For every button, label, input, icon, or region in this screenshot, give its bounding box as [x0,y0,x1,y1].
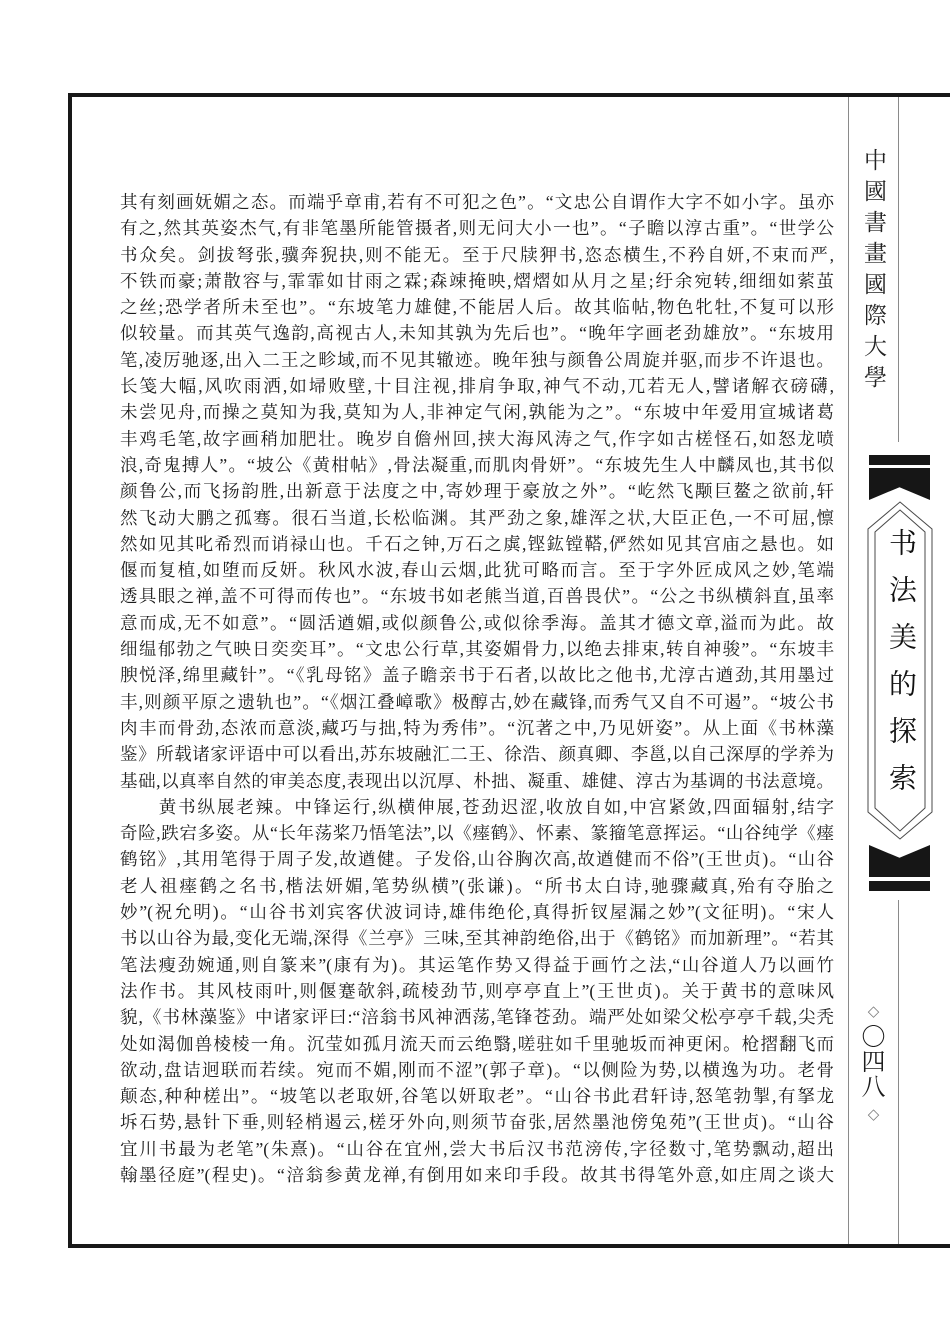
text-line: 妙”(祝允明)。“山谷书刘宾客伏波词诗,雄伟绝伦,真得折钗屋漏之妙”(文征明)。… [120,899,834,925]
scanned-book-page: 其有刻画妩媚之态。而端乎章甫,若有不可犯之色”。“文忠公自谓作大字不如小字。虽亦… [0,0,950,1344]
text-line: 翰墨径庭”(程史)。“涪翁参黄龙禅,有倒用如来印手段。故其书得笔外意,如庄周之谈… [120,1162,834,1188]
text-line: 透具眼之禅,盖不可得而传也”。“东坡书如老熊当道,百兽畏伏”。“公之书纵横斜直,… [120,583,834,609]
text-line: 黄书纵展老辣。中锋运行,纵横伸展,苍劲迟涩,收放自如,中宫紧敛,四面辐射,结字 [120,794,834,820]
diamond-ornament-icon: ◇ [868,1002,880,1022]
text-line: 颠态,种种槎出”。“坡笔以老取妍,谷笔以妍取老”。“山谷书此君轩诗,怒笔勃掣,有… [120,1083,834,1109]
text-line: 鹤铭》,其用笔得于周子发,故遒健。子发俗,山谷胸次高,故遒健而不俗”(王世贞)。… [120,846,834,872]
page-number-digit: 四 [862,1051,886,1076]
text-line: 鉴》所载诸家评语中可以看出,苏东坡融汇二王、徐浩、颜真卿、李邕,以自己深厚的学养… [120,741,834,767]
text-line: 基础,以真率自然的审美态度,表现出以沉厚、朴拙、凝重、雄健、淳古为基调的书法意境… [120,768,834,794]
text-line: 不铁而豪;萧散容与,霏霏如甘雨之霖;森竦掩映,熠熠如从月之星;纡余宛转,细细如萦… [120,268,834,294]
text-line: 笔,凌厉驰逐,出入二王之畛域,而不见其辙迹。晚年独与颜鲁公周旋并驱,而步不许退也… [120,347,834,373]
text-line: 书众矣。剑拔弩张,骥奔猊抉,则不能无。至于尺牍狎书,恣态横生,不矜自妍,不束而严… [120,242,834,268]
text-line: 然飞动大鹏之孤骞。很石当道,长松临渊。其严劲之象,雄浑之状,大臣正色,一不可屈,… [120,505,834,531]
text-line: 处如渴伽兽棱棱一角。沉莹如孤月流天而云绝翳,嗟驻如千里驰坂而神更闲。枪摺翻飞而 [120,1031,834,1057]
page-number-digit: 〇 [862,1026,886,1051]
diamond-ornament-icon: ◇ [868,1105,880,1125]
text-line: 细缊郁勃之气映日奕奕耳”。“文忠公行草,其姿媚骨力,以绝去排束,转自神骏”。“东… [120,636,834,662]
text-line: 宜川书最为老笔”(朱熹)。“山谷在宜州,尝大书后汉书范滂传,字径数寸,笔势飘动,… [120,1136,834,1162]
text-line: 未尝见舟,而操之莫知为我,莫知为人,非神定气闲,孰能为之”。“东坡中年爱用宣城诸… [120,399,834,425]
text-line: 之丝;恐学者所未至也”。“东坡笔力雄健,不能居人后。故其临帖,物色牝牡,不复可以… [120,294,834,320]
margin-rule-right-upper [898,97,899,442]
book-title-cartouche: 书法美的探索 [867,528,933,818]
page-number-column: ◇ 〇 四 八 ◇ [849,1002,898,1125]
text-line: 书以山谷为最,变化无端,深得《兰亭》三味,至其神韵绝俗,出于《鹤铭》而加新理”。… [120,925,834,951]
text-line: 有之,然其英姿杰气,有非笔墨所能管摄者,则无问大小一也”。“子瞻以淳古重”。“世… [120,215,834,241]
text-line: 颜鲁公,而飞扬韵胜,出新意于法度之中,寄妙理于豪放之外”。“屹然飞颙巨鳌之欲前,… [120,478,834,504]
text-line: 法作书。其风枝雨叶,则偃蹇欹斜,疏棱劲节,则亭亭直上”(王世贞)。关于黄书的意味… [120,978,834,1004]
text-line: 长笺大幅,风吹雨洒,如埽败壁,十目注视,排肩争取,神气不动,兀若无人,譬诸解衣磅… [120,373,834,399]
text-line: 浪,奇鬼搏人”。“坡公《黄柑帖》,骨法凝重,而肌肉骨妍”。“东坡先生人中麟凤也,… [120,452,834,478]
text-line: 丰,则颜平原之遗轨也”。“《烟江叠嶂歌》极醇古,妙在藏锋,而秀气又自不可遏”。“… [120,689,834,715]
ribbon-bar-bottom [869,881,930,891]
text-line: 奇险,跌宕多姿。从“长年荡桨乃悟笔法”,以《瘗鹤》、怀素、篆籀笔意挥运。“山谷纯… [120,820,834,846]
ribbon-bar-top [869,455,930,465]
text-line: 老人祖瘗鹤之名书,楷法妍媚,笔势纵横”(张谦)。“所书太白诗,驰骤藏真,殆有夺胎… [120,873,834,899]
margin-rule-right-lower [898,900,899,1244]
page-number-digit: 八 [862,1076,886,1101]
text-line: 丰鸡毛笔,故字画稍加肥壮。晚岁自儋州回,挟大海风涛之气,作字如古槎怪石,如怒龙喷 [120,426,834,452]
text-block: 其有刻画妩媚之态。而端乎章甫,若有不可犯之色”。“文忠公自谓作大字不如小字。虽亦… [120,189,834,1188]
text-line: 坼石势,悬针下垂,则轻梢遏云,槎牙外向,则须节奋张,居然墨池傍兔苑”(王世贞)。… [120,1109,834,1135]
text-line: 然如见其叱希烈而诮禄山也。千石之钟,万石之虡,铿鈜镗鞳,俨然如见其宫庙之悬也。如 [120,531,834,557]
text-line: 欲动,盘诘迥联而若续。宛而不媚,刚而不涩”(郭子章)。“以侧险为势,以横逸为功。… [120,1057,834,1083]
book-title-vertical-text: 书法美的探索 [880,528,920,818]
text-line: 笔法瘦劲婉通,则自篆来”(康有为)。其运笔作势又得益于画竹之法,“山谷道人乃以画… [120,952,834,978]
text-line: 腴悦泽,绵里藏针”。“《乳母铭》盖子瞻亲书于石者,以故比之他书,尤淳古遒劲,其用… [120,662,834,688]
text-line: 其有刻画妩媚之态。而端乎章甫,若有不可犯之色”。“文忠公自谓作大字不如小字。虽亦 [120,189,834,215]
text-line: 意而成,无不如意”。“圆活遒媚,或似颜鲁公,或似徐季海。盖其才德文章,溢而为此。… [120,610,834,636]
colophon-column: 中國書畫國際大學 [849,148,898,418]
text-line: 貌,《书林藻鉴》中诸家评曰:“涪翁书风神洒荡,笔锋苍劲。端严处如梁父松亭亭千载,… [120,1004,834,1030]
text-line: 似较量。而其英气逸韵,高视古人,未知其孰为先后也”。“晚年字画老劲雄放”。“东坡… [120,320,834,346]
text-line: 肉丰而骨劲,态浓而意淡,藏巧与拙,特为秀伟”。“沉著之中,乃见妍姿”。从上面《书… [120,715,834,741]
colophon-vertical-text: 中國書畫國際大學 [857,148,890,418]
text-line: 偃而复植,如堕而反妍。秋风水波,春山云烟,此犹可略而言。至于字外匠成风之妙,笔端 [120,557,834,583]
